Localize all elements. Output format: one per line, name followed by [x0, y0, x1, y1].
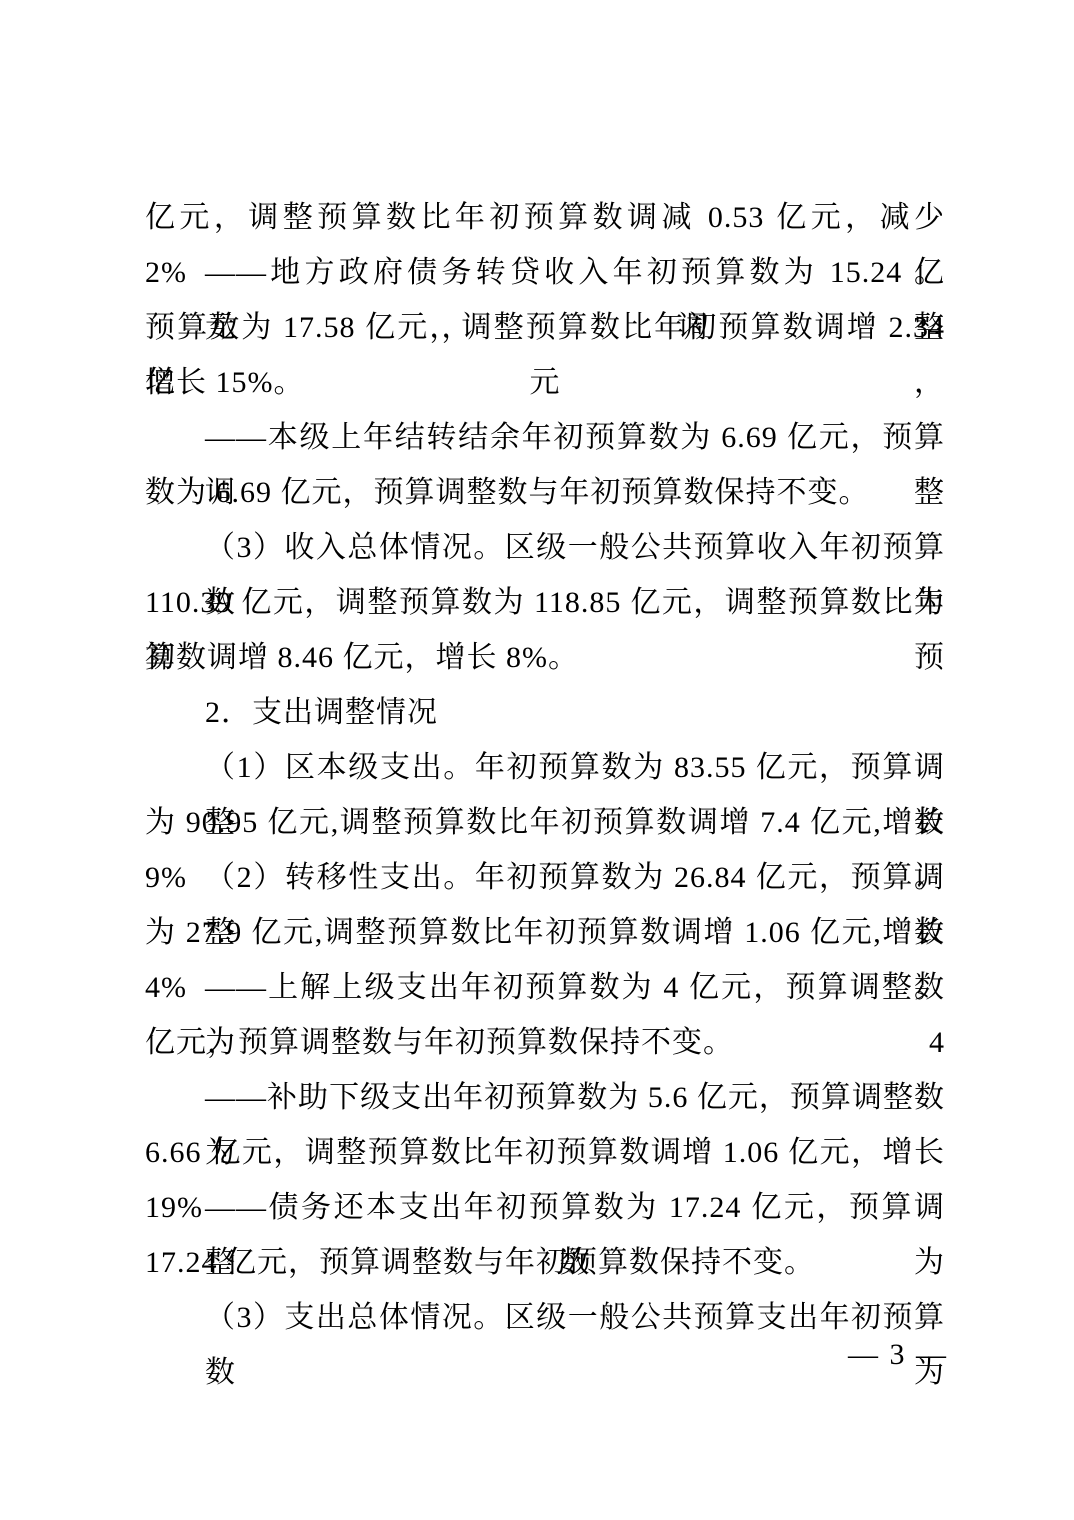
text-line-15: ——上解上级支出年初预算数为 4 亿元，预算调整数为 4 [145, 960, 945, 1015]
text-line-8: 110.39 亿元，调整预算数为 118.85 亿元，调整预算数比年初预 [145, 575, 945, 630]
text-line-17: ——补助下级支出年初预算数为 5.6 亿元，预算调整数为 [145, 1070, 945, 1125]
text-line-2: ——地方政府债务转贷收入年初预算数为 15.24 亿元，调整 [145, 245, 945, 300]
text-line-21: （3）支出总体情况。区级一般公共预算支出年初预算数为 [145, 1290, 945, 1345]
text-line-5: ——本级上年结转结余年初预算数为 6.69 亿元，预算调整 [145, 410, 945, 465]
text-line-18: 6.66 亿元，调整预算数比年初预算数调增 1.06 亿元，增长 19% [145, 1125, 945, 1180]
text-line-12: 为 90.95 亿元,调整预算数比年初预算数调增 7.4 亿元,增长 9%。 [145, 795, 945, 850]
text-line-14: 为 27.9 亿元,调整预算数比年初预算数调增 1.06 亿元,增长 4%。 [145, 905, 945, 960]
page-footer: — 3 — [848, 1338, 948, 1372]
text-line-3: 预算数为 17.58 亿元，调整预算数比年初预算数调增 2.34 亿元， [145, 300, 945, 355]
page-number: — 3 — [848, 1338, 948, 1371]
text-line-7: （3）收入总体情况。区级一般公共预算收入年初预算数为 [145, 520, 945, 575]
text-line-1: 亿元，调整预算数比年初预算数调减 0.53 亿元，减少 2%。 [145, 190, 945, 245]
text-line-13: （2）转移性支出。年初预算数为 26.84 亿元，预算调整数 [145, 850, 945, 905]
text-line-6: 数为 6.69 亿元，预算调整数与年初预算数保持不变。 [145, 465, 945, 520]
text-line-10: 2．支出调整情况 [145, 685, 945, 740]
document-page: 亿元，调整预算数比年初预算数调减 0.53 亿元，减少 2%。——地方政府债务转… [0, 0, 1074, 1520]
text-line-19: ——债务还本支出年初预算数为 17.24 亿元，预算调整数为 [145, 1180, 945, 1235]
text-line-11: （1）区本级支出。年初预算数为 83.55 亿元，预算调整数 [145, 740, 945, 795]
document-body: 亿元，调整预算数比年初预算数调减 0.53 亿元，减少 2%。——地方政府债务转… [145, 190, 945, 1345]
